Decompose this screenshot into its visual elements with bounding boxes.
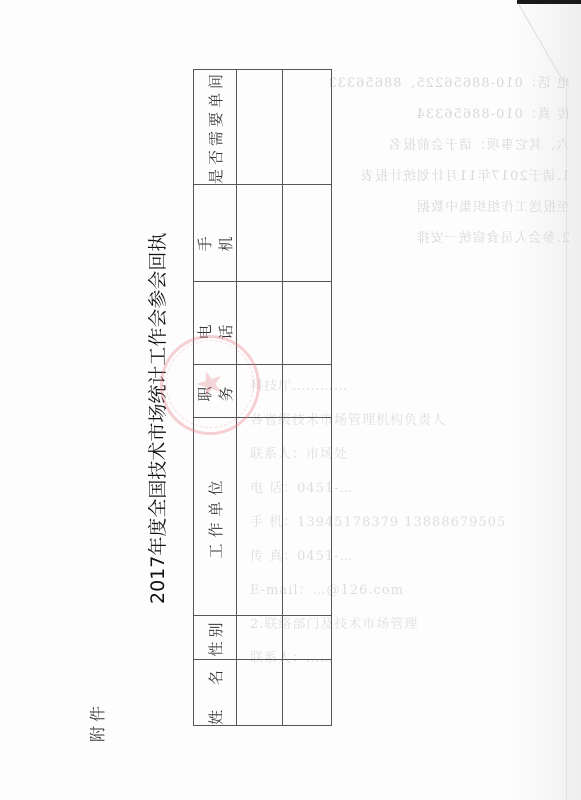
bleed-line: 六、其它事项：请于会前报名 [330, 130, 570, 161]
cell-gender[interactable] [237, 616, 283, 660]
cell-single-room[interactable] [283, 70, 332, 185]
bleed-line: 至报送工作组织集中数据 [330, 192, 570, 223]
attachment-label: 附件 [86, 692, 110, 742]
cell-gender[interactable] [283, 616, 332, 660]
header-organization: 工作单位 [194, 418, 237, 616]
cell-mobile[interactable] [283, 185, 332, 282]
cell-position[interactable] [283, 365, 332, 418]
bleed-line: 电 话：010-88656225、88656333 [330, 68, 570, 99]
table-row [283, 70, 332, 726]
header-gender: 性别 [194, 616, 237, 660]
star-icon: ★ [192, 366, 228, 402]
bleed-line: 1.请于2017年11月计划统计报表 [330, 161, 570, 192]
header-name: 姓 名 [194, 660, 237, 726]
header-mobile: 手 机 [194, 185, 237, 282]
cell-name[interactable] [283, 660, 332, 726]
cell-name[interactable] [237, 660, 283, 726]
header-single-room: 是否需要单间 [194, 70, 237, 185]
bleed-line: 2.参会人员食宿统一安排 [330, 223, 570, 254]
cell-organization[interactable] [237, 418, 283, 616]
bleed-line: 传 真：010-88656334 [330, 99, 570, 130]
bleed-through-text: 电 话：010-88656225、88656333 传 真：010-886563… [330, 68, 570, 254]
cell-phone[interactable] [283, 282, 332, 365]
cell-organization[interactable] [283, 418, 332, 616]
cell-single-room[interactable] [237, 70, 283, 185]
cell-mobile[interactable] [237, 185, 283, 282]
